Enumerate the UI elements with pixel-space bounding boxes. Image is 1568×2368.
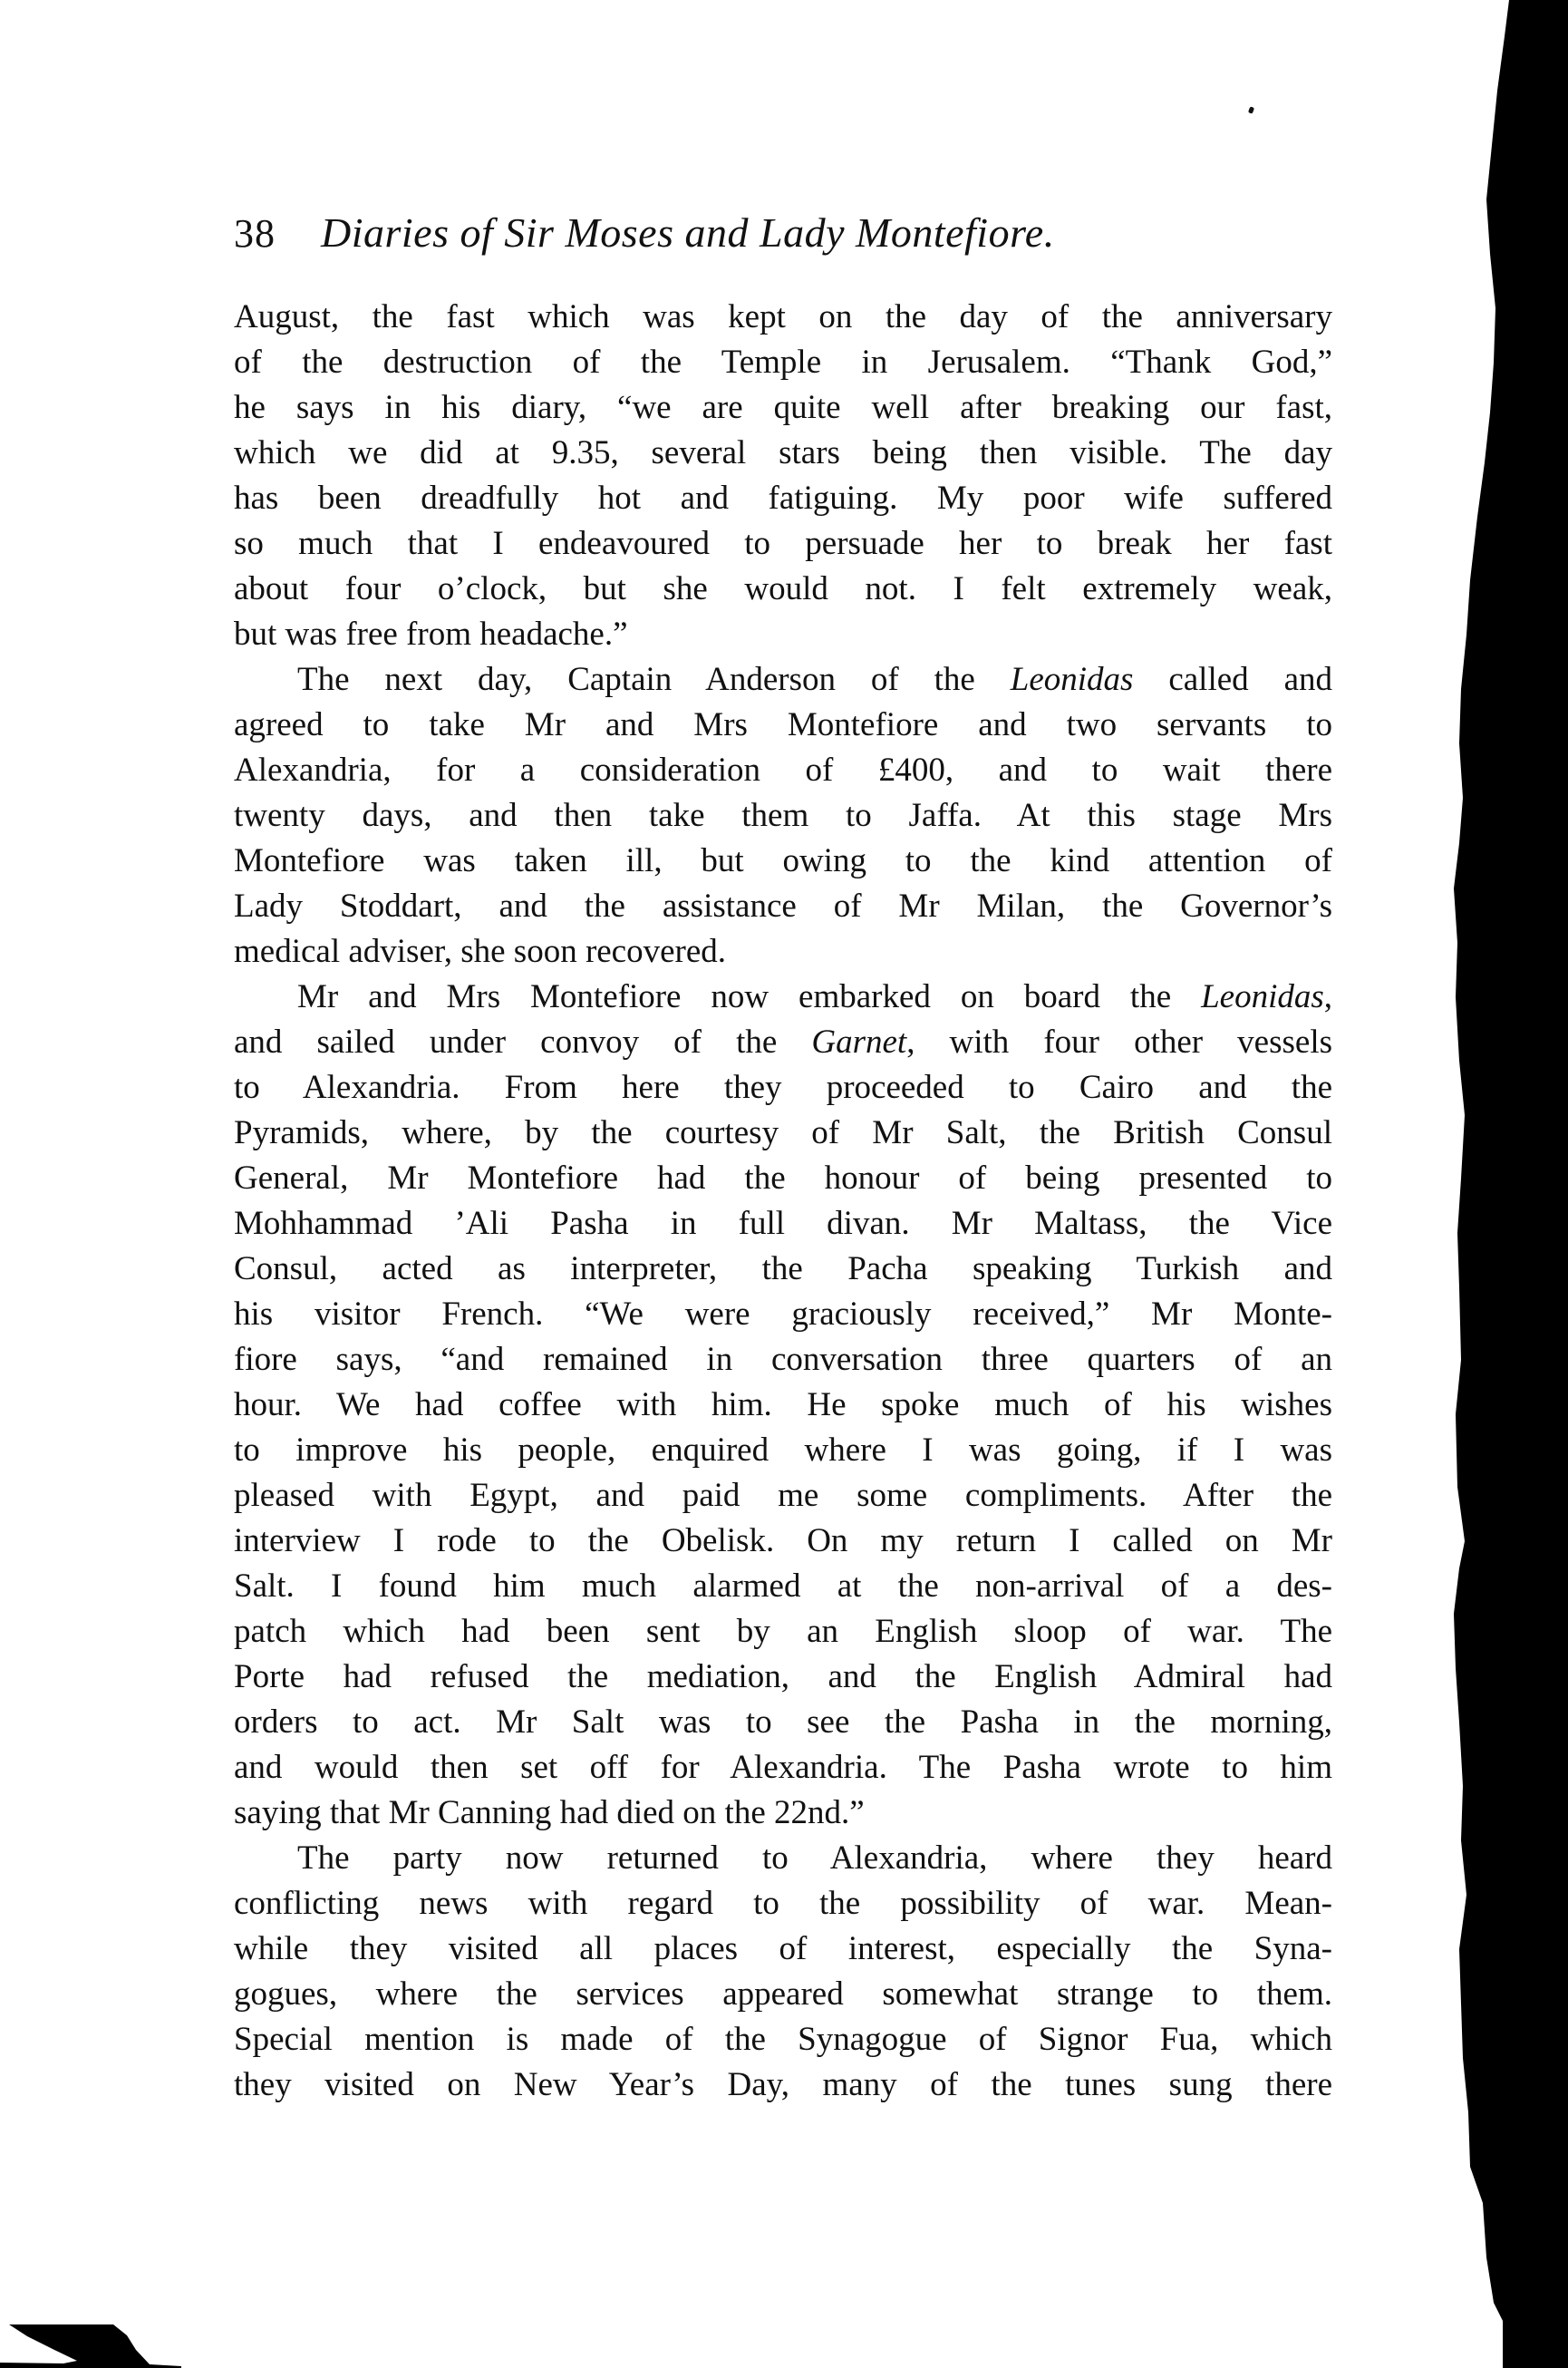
text-line: of the destruction of the Temple in Jeru… — [234, 340, 1332, 385]
text-line: to Alexandria. From here they proceeded … — [234, 1065, 1332, 1111]
text-line: twenty days, and then take them to Jaffa… — [234, 793, 1332, 839]
text-segment: and sailed under convoy of the — [234, 1024, 811, 1061]
text-line: he says in his diary, “we are quite well… — [234, 385, 1332, 431]
text-line: Montefiore was taken ill, but owing to t… — [234, 839, 1332, 884]
text-segment: hour. We had coffee with him. He spoke m… — [234, 1386, 1332, 1423]
text-line: agreed to take Mr and Mrs Montefiore and… — [234, 703, 1332, 748]
text-segment: while they visited all places of interes… — [234, 1930, 1332, 1967]
text-line: gogues, where the services appeared some… — [234, 1972, 1332, 2017]
text-segment: Mr and Mrs Montefiore now embarked on bo… — [297, 978, 1201, 1015]
running-title: Diaries of Sir Moses and Lady Montefiore… — [321, 209, 1055, 257]
text-segment: The next day, Captain Anderson of the — [297, 661, 1011, 698]
text-line: Special mention is made of the Synagogue… — [234, 2017, 1332, 2062]
text-segment: which we did at 9.35, several stars bein… — [234, 434, 1332, 471]
text-line: Alexandria, for a consideration of £400,… — [234, 748, 1332, 793]
text-segment: Lady Stoddart, and the assistance of Mr … — [234, 888, 1332, 925]
running-header: 38 Diaries of Sir Moses and Lady Montefi… — [234, 209, 1358, 263]
text-segment: Porte had refused the mediation, and the… — [234, 1658, 1332, 1695]
text-segment: fiore says, “and remained in conversatio… — [234, 1341, 1332, 1378]
text-line: Pyramids, where, by the courtesy of Mr S… — [234, 1111, 1332, 1156]
text-line: conflicting news with regard to the poss… — [234, 1881, 1332, 1926]
body-text: August, the fast which was kept on the d… — [234, 295, 1332, 2108]
scan-shadow-bottom-corner — [0, 2314, 199, 2368]
text-line: Mr and Mrs Montefiore now embarked on bo… — [234, 975, 1332, 1020]
text-segment: and would then set off for Alexandria. T… — [234, 1749, 1332, 1786]
text-line: saying that Mr Canning had died on the 2… — [234, 1791, 1332, 1836]
text-line: medical adviser, she soon recovered. — [234, 929, 1332, 975]
text-segment: he says in his diary, “we are quite well… — [234, 389, 1332, 426]
text-line: and sailed under convoy of the Garnet, w… — [234, 1020, 1332, 1065]
text-segment: to Alexandria. From here they proceeded … — [234, 1069, 1332, 1106]
page-number: 38 — [234, 210, 321, 257]
text-segment: orders to act. Mr Salt was to see the Pa… — [234, 1703, 1332, 1741]
italic-ship-name: Garnet — [811, 1024, 906, 1061]
text-line: General, Mr Montefiore had the honour of… — [234, 1156, 1332, 1201]
text-segment: medical adviser, she soon recovered. — [234, 933, 726, 970]
text-line: pleased with Egypt, and paid me some com… — [234, 1473, 1332, 1519]
text-line: to improve his people, enquired where I … — [234, 1428, 1332, 1473]
text-line: Consul, acted as interpreter, the Pacha … — [234, 1247, 1332, 1292]
text-line: while they visited all places of interes… — [234, 1926, 1332, 1972]
text-segment: to improve his people, enquired where I … — [234, 1431, 1332, 1469]
text-segment: about four o’clock, but she would not. I… — [234, 570, 1332, 607]
text-segment: pleased with Egypt, and paid me some com… — [234, 1477, 1332, 1514]
text-line: Porte had refused the mediation, and the… — [234, 1655, 1332, 1700]
text-segment: Alexandria, for a consideration of £400,… — [234, 752, 1332, 789]
text-segment: twenty days, and then take them to Jaffa… — [234, 797, 1332, 834]
text-line: which we did at 9.35, several stars bein… — [234, 431, 1332, 476]
text-segment: but was free from headache.” — [234, 616, 628, 653]
text-line: patch which had been sent by an English … — [234, 1609, 1332, 1655]
text-line: hour. We had coffee with him. He spoke m… — [234, 1383, 1332, 1428]
text-line: and would then set off for Alexandria. T… — [234, 1745, 1332, 1791]
text-segment: General, Mr Montefiore had the honour of… — [234, 1160, 1332, 1197]
text-segment: conflicting news with regard to the poss… — [234, 1885, 1332, 1922]
text-line: has been dreadfully hot and fatiguing. M… — [234, 476, 1332, 521]
text-line: his visitor French. “We were graciously … — [234, 1292, 1332, 1337]
text-segment: , with four other vessels — [906, 1024, 1332, 1061]
text-segment: gogues, where the services appeared some… — [234, 1975, 1332, 2013]
text-line: about four o’clock, but she would not. I… — [234, 567, 1332, 612]
scan-shadow-right-edge — [1396, 0, 1568, 2368]
text-line: The party now returned to Alexandria, wh… — [234, 1836, 1332, 1881]
text-segment: patch which had been sent by an English … — [234, 1613, 1332, 1650]
text-line: Mohhammad ’Ali Pasha in full divan. Mr M… — [234, 1201, 1332, 1247]
text-segment: called and — [1133, 661, 1332, 698]
text-line: interview I rode to the Obelisk. On my r… — [234, 1519, 1332, 1564]
text-segment: Pyramids, where, by the courtesy of Mr S… — [234, 1114, 1332, 1151]
text-segment: August, the fast which was kept on the d… — [234, 298, 1332, 335]
text-line: fiore says, “and remained in conversatio… — [234, 1337, 1332, 1383]
text-segment: so much that I endeavoured to persuade h… — [234, 525, 1332, 562]
text-segment: Special mention is made of the Synagogue… — [234, 2021, 1332, 2058]
text-segment: Consul, acted as interpreter, the Pacha … — [234, 1250, 1332, 1287]
text-segment: agreed to take Mr and Mrs Montefiore and… — [234, 706, 1332, 743]
text-segment: his visitor French. “We were graciously … — [234, 1296, 1332, 1333]
ink-speck — [1248, 106, 1254, 113]
text-segment: has been dreadfully hot and fatiguing. M… — [234, 480, 1332, 517]
italic-ship-name: Leonidas — [1201, 978, 1324, 1015]
text-line: August, the fast which was kept on the d… — [234, 295, 1332, 340]
text-line: they visited on New Year’s Day, many of … — [234, 2062, 1332, 2108]
text-segment: Salt. I found him much alarmed at the no… — [234, 1567, 1332, 1605]
text-segment: of the destruction of the Temple in Jeru… — [234, 344, 1332, 381]
text-segment: Montefiore was taken ill, but owing to t… — [234, 842, 1332, 879]
text-line: Salt. I found him much alarmed at the no… — [234, 1564, 1332, 1609]
text-line: Lady Stoddart, and the assistance of Mr … — [234, 884, 1332, 929]
text-line: orders to act. Mr Salt was to see the Pa… — [234, 1700, 1332, 1745]
text-segment: interview I rode to the Obelisk. On my r… — [234, 1522, 1332, 1559]
book-page: 38 Diaries of Sir Moses and Lady Montefi… — [0, 0, 1568, 2368]
text-line: but was free from headache.” — [234, 612, 1332, 657]
text-segment: saying that Mr Canning had died on the 2… — [234, 1794, 865, 1831]
italic-ship-name: Leonidas — [1011, 661, 1134, 698]
text-line: The next day, Captain Anderson of the Le… — [234, 657, 1332, 703]
text-line: so much that I endeavoured to persuade h… — [234, 521, 1332, 567]
text-segment: , — [1324, 978, 1332, 1015]
text-segment: they visited on New Year’s Day, many of … — [234, 2066, 1332, 2103]
text-segment: Mohhammad ’Ali Pasha in full divan. Mr M… — [234, 1205, 1332, 1242]
text-segment: The party now returned to Alexandria, wh… — [297, 1839, 1332, 1877]
